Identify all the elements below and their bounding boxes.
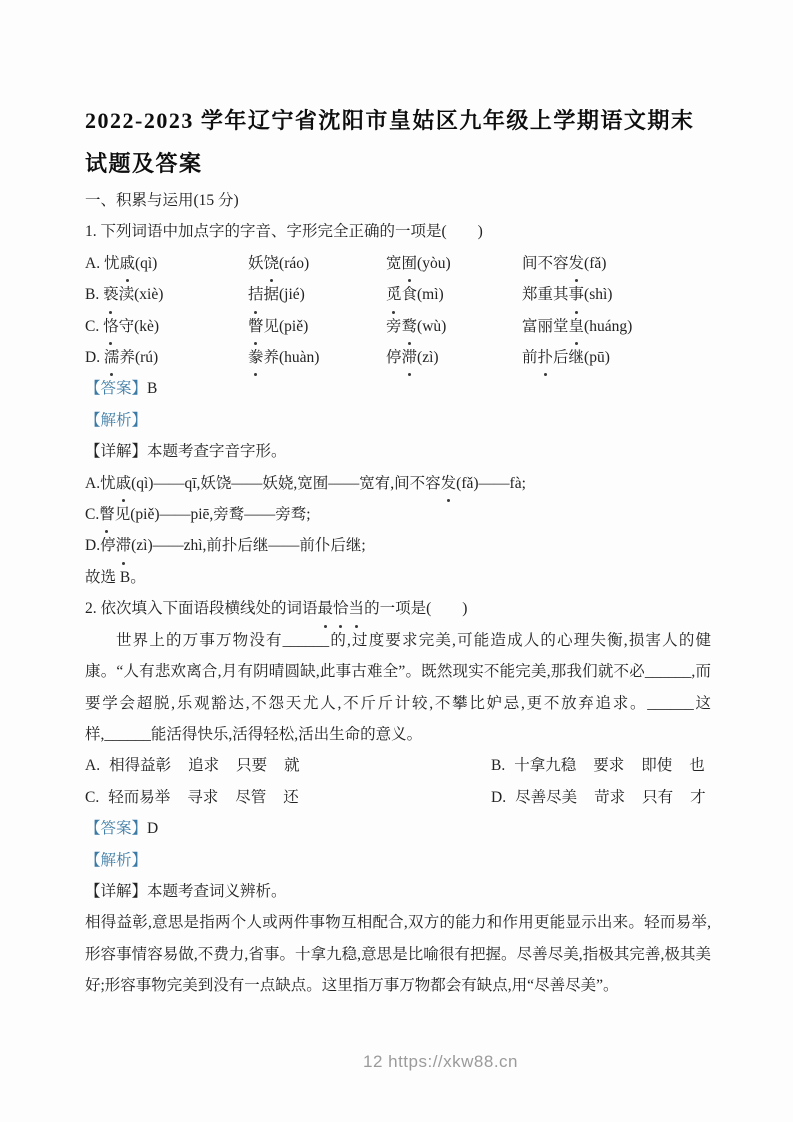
question-2-options: A.相得益彰追求只要就B.十拿九稳要求即使也C.轻而易举寻求尽管还D.尽善尽美苛… (85, 750, 711, 813)
dotted-char: 饶 (264, 248, 280, 279)
q1-option-item: 前扑后继(pū) (522, 342, 711, 373)
q2-answer-line: 【答案】D (85, 813, 711, 844)
q2-option-label: C. (85, 789, 99, 806)
dotted-char: 囿 (402, 248, 418, 279)
q1-detail-line: 【详解】本题考查字音字形。 (85, 436, 711, 467)
dotted-char: 戚 (119, 248, 135, 279)
dotted-char: 皇 (569, 311, 585, 342)
q1-option-item: C. 恪守(kè) (85, 311, 248, 342)
q2-option-word: 还 (283, 789, 299, 806)
q1-option-row: D. 濡养(rú)豢养(huàn)停滞(zì)前扑后继(pū) (85, 342, 711, 373)
q2-option-word: 才 (690, 789, 706, 806)
question-1-options: A. 忧戚(qì)妖饶(ráo)宽囿(yòu)间不容发(fǎ)B. 亵渎(xiè… (85, 248, 711, 374)
q1-explanation-line-c: C.瞥见(piě)——piē,旁鹜——旁骛; (85, 499, 711, 530)
dotted-char: 扑 (538, 342, 554, 373)
q1-option-item: 旁鹜(wù) (386, 311, 522, 342)
dotted-char: 觅 (386, 279, 402, 310)
analysis-label: 【解析】 (85, 412, 147, 429)
q2-answer-value: D (147, 820, 158, 837)
q2-option-label: B. (491, 757, 505, 774)
q1-option-item: 拮据(jié) (248, 279, 386, 310)
dotted-char: 滞 (116, 530, 132, 561)
q2-option-word: 也 (689, 757, 705, 774)
q1-option-item: B. 亵渎(xiè) (85, 279, 248, 310)
q1-option-item: 富丽堂皇(huáng) (522, 311, 711, 342)
document-content: 2022-2023 学年辽宁省沈阳市皇姑区九年级上学期语文期末试题及答案 一、积… (85, 99, 711, 1002)
page-title-line1: 2022-2023 学年辽宁省沈阳市皇姑区九年级上学期语文期末 (85, 108, 694, 133)
dotted-char: 发 (441, 468, 457, 499)
q2-option-label: D. (491, 789, 506, 806)
q2-detail-line: 【详解】本题考查词义辨析。 (85, 876, 711, 907)
dotted-char: 当 (349, 593, 365, 624)
q2-option-word: 要求 (593, 757, 624, 774)
q2-option-word: 即使 (641, 757, 672, 774)
question-1-stem: 1. 下列词语中加点字的字音、字形完全正确的一项是( ) (85, 216, 711, 247)
dotted-char: 发 (569, 248, 585, 279)
analysis-label: 【解析】 (85, 852, 147, 869)
q2-option-word: 轻而易举 (108, 789, 170, 806)
q2-option: D.尽善尽美苛求只有才 (491, 782, 711, 813)
q1-option-item: 豢养(huàn) (248, 342, 386, 373)
q2-option-word: 就 (284, 757, 300, 774)
q2-explanation-paragraph: 相得益彰,意思是指两个人或两件事物互相配合,双方的能力和作用更能显示出来。轻而易… (85, 907, 711, 1001)
q1-answer-value: B (147, 380, 157, 397)
q1-option-row: A. 忧戚(qì)妖饶(ráo)宽囿(yòu)间不容发(fǎ) (85, 248, 711, 279)
q1-option-item: 瞥见(piě) (248, 311, 386, 342)
q1-option-item: 停滞(zì) (386, 342, 522, 373)
dotted-char: 恪 (103, 311, 119, 342)
answer-label: 【答案】 (85, 820, 147, 837)
q1-option-item: 妖饶(ráo) (248, 248, 386, 279)
q2-option-word: 相得益彰 (109, 757, 171, 774)
q1-option-item: D. 濡养(rú) (85, 342, 248, 373)
q1-option-row: B. 亵渎(xiè)拮据(jié)觅食(mì)郑重其事(shì) (85, 279, 711, 310)
dotted-char: 拮 (248, 279, 264, 310)
dotted-char: 濡 (104, 342, 120, 373)
q2-option-word: 只要 (236, 757, 267, 774)
dotted-char: 瞥 (99, 499, 115, 530)
q2-option-word: 苛求 (594, 789, 625, 806)
q2-option-word: 尽善尽美 (515, 789, 577, 806)
q1-option-row: C. 恪守(kè)瞥见(piě)旁鹜(wù)富丽堂皇(huáng) (85, 311, 711, 342)
dotted-char: 戚 (116, 468, 132, 499)
q1-option-item: 觅食(mì) (386, 279, 522, 310)
dotted-char: 亵 (103, 279, 119, 310)
q1-explanation-line-d: D.停滞(zì)——zhì,前扑后继——前仆后继; (85, 530, 711, 561)
q1-option-item: 间不容发(fǎ) (522, 248, 711, 279)
page-title: 2022-2023 学年辽宁省沈阳市皇姑区九年级上学期语文期末试题及答案 (85, 99, 711, 185)
dotted-char: 豢 (248, 342, 264, 373)
q1-answer-line: 【答案】B (85, 373, 711, 404)
q2-option: B.十拿九稳要求即使也 (491, 750, 711, 781)
question-2-stem: 2. 依次填入下面语段横线处的词语最恰当的一项是( ) (85, 593, 711, 624)
q1-option-item: 郑重其事(shì) (522, 279, 711, 310)
page-footer: 12 https://xkw88.cn (0, 1052, 793, 1072)
dotted-char: 最 (318, 593, 334, 624)
dotted-char: 恰 (333, 593, 349, 624)
q2-option-word: 只有 (642, 789, 673, 806)
footer-text: 12 https://xkw88.cn (363, 1052, 518, 1071)
q2-option-word: 追求 (188, 757, 219, 774)
page-title-line2: 试题及答案 (85, 151, 203, 176)
q1-option-item: A. 忧戚(qì) (85, 248, 248, 279)
q2-option: C.轻而易举寻求尽管还 (85, 782, 491, 813)
dotted-char: 瞥 (248, 311, 264, 342)
q1-option-item: 宽囿(yòu) (386, 248, 522, 279)
q2-analysis-line: 【解析】 (85, 845, 711, 876)
q1-conclusion-line: 故选 B。 (85, 562, 711, 593)
q1-analysis-line: 【解析】 (85, 405, 711, 436)
answer-label: 【答案】 (85, 380, 147, 397)
q1-explanation-line-a: A.忧戚(qì)——qī,妖饶——妖娆,宽囿——宽宥,间不容发(fǎ)——fà; (85, 468, 711, 499)
q2-option-word: 寻求 (187, 789, 218, 806)
q2-option: A.相得益彰追求只要就 (85, 750, 491, 781)
dotted-char: 事 (569, 279, 585, 310)
dotted-char: 滞 (402, 342, 418, 373)
document-page: 2022-2023 学年辽宁省沈阳市皇姑区九年级上学期语文期末试题及答案 一、积… (0, 0, 793, 1122)
section-heading: 一、积累与运用(15 分) (85, 185, 711, 216)
question-2-passage: 世界上的万事万物没有______的,过度要求完美,可能造成人的心理失衡,损害人的… (85, 625, 711, 751)
q2-option-word: 十拿九稳 (514, 757, 576, 774)
q2-option-label: A. (85, 757, 100, 774)
q2-option-word: 尽管 (235, 789, 266, 806)
dotted-char: 鹜 (402, 311, 418, 342)
